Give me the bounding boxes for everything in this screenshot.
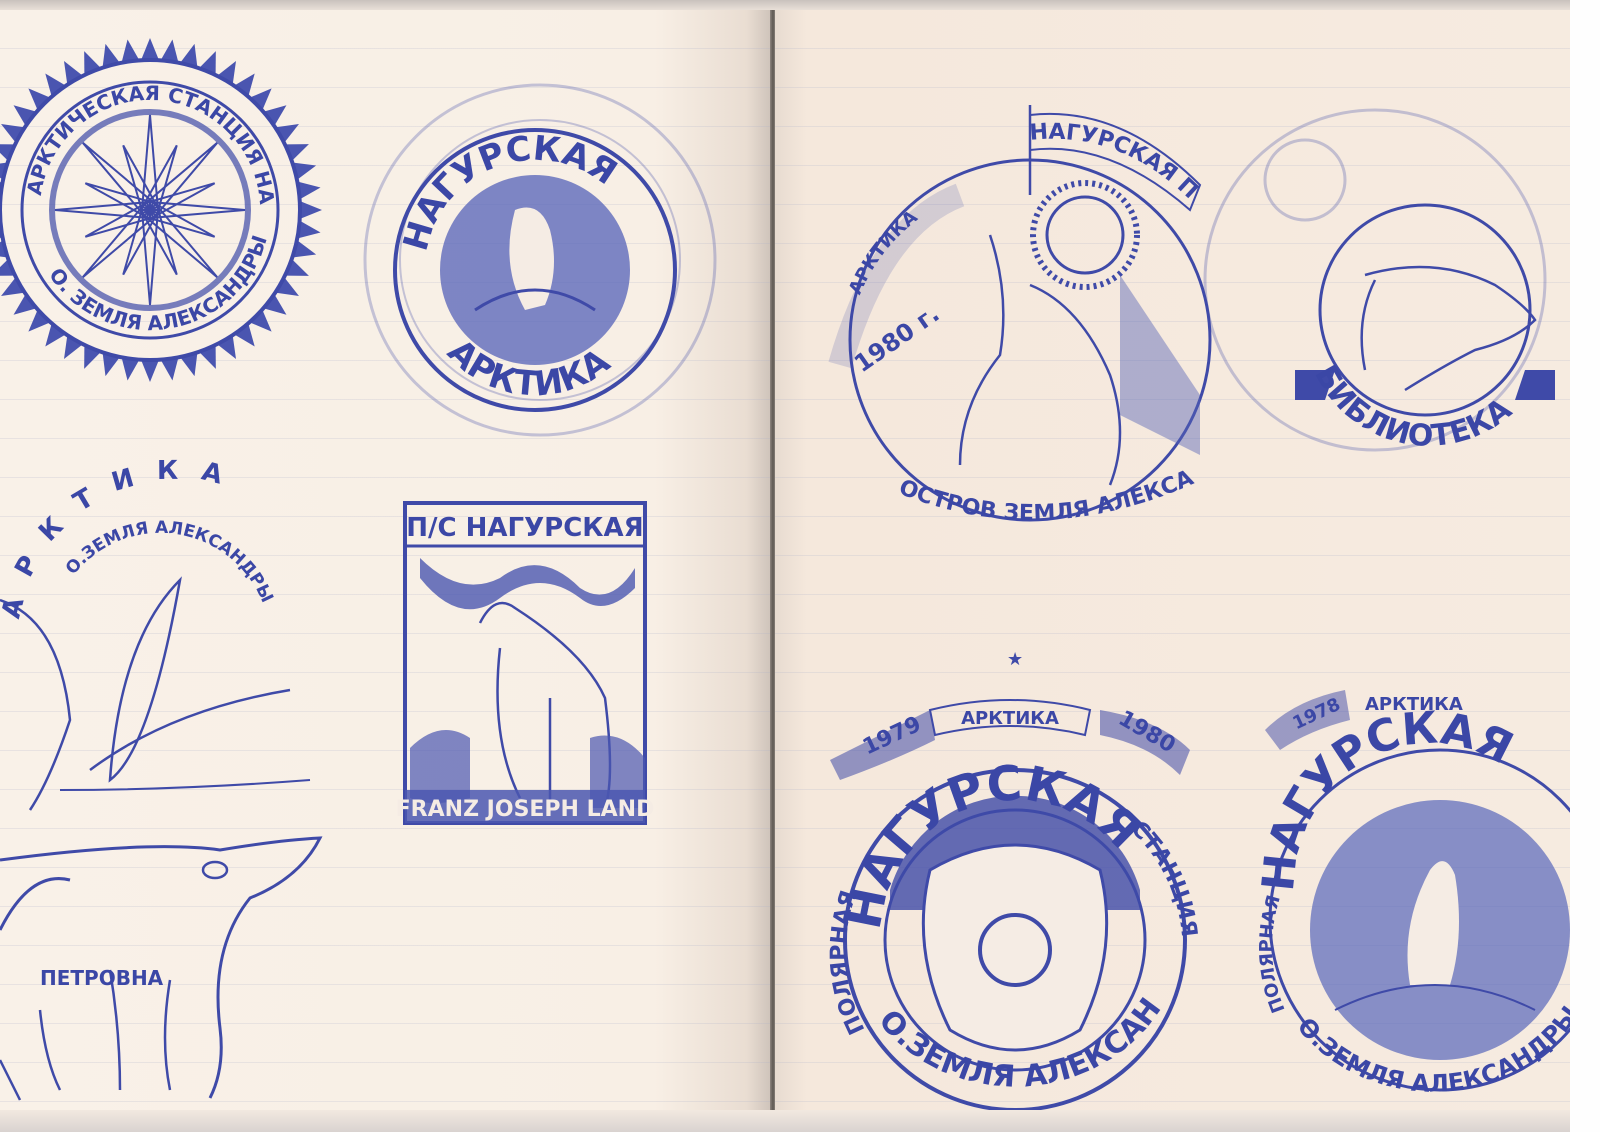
- petrovna-text: ПЕТРОВНА: [40, 966, 164, 990]
- petrovna-bear-stamp: ПЕТРОВНА: [0, 810, 340, 1110]
- polar-seal-right-text: СТАНЦИЯ: [1126, 816, 1201, 938]
- franz-joseph-bottom-text: FRANZ JOSEPH LAND: [396, 797, 655, 822]
- nagurskaya-arktika-seal: НАГУРСКАЯ АРКТИКА: [385, 120, 685, 420]
- compass-rose-seal: АРКТИЧЕСКАЯ СТАНЦИЯ НАГУРСКАЯ · 1979 · Д…: [0, 40, 320, 380]
- svg-text:НАГУРСКАЯ П/С: НАГУРСКАЯ П/С: [822, 76, 1203, 204]
- polar-station-bear-seal: 1979 АРКТИКА 1980 НАГУРСКАЯ ПОЛЯРНАЯ СТА…: [810, 690, 1210, 1112]
- arctic-goddess-seal: НАГУРСКАЯ П/С АРКТИКА 1980 г. ОСТРОВ ЗЕМ…: [830, 95, 1230, 555]
- svg-text:ПОЛЯРНАЯ: ПОЛЯРНАЯ: [1256, 893, 1289, 1016]
- left-page: АРКТИЧЕСКАЯ СТАНЦИЯ НАГУРСКАЯ · 1979 · Д…: [0, 10, 770, 1112]
- howling-seal-left-text: ПОЛЯРНАЯ: [1256, 893, 1289, 1016]
- goddess-banner-top: НАГУРСКАЯ П/С: [822, 76, 1203, 204]
- svg-text:БИБЛИОТЕКА: БИБЛИОТЕКА: [1307, 360, 1518, 455]
- polar-seal-ribbon-center: АРКТИКА: [961, 708, 1059, 729]
- biblioteka-stamp: БИБЛИОТЕКА: [1295, 190, 1555, 450]
- franz-joseph-top-text: П/С НАГУРСКАЯ: [406, 513, 643, 543]
- nagurskaya-franz-joseph-stamp: П/С НАГУРСКАЯ FRANZ JOSEPH LAND: [400, 498, 650, 828]
- svg-text:СТАНЦИЯ: СТАНЦИЯ: [1126, 816, 1201, 938]
- photo-bottom-edge: [0, 1110, 1570, 1132]
- arktika-leaf-stamp: АРКТИКА О.ЗЕМЛЯ АЛЕКСАНДРЫ: [0, 470, 340, 810]
- biblioteka-text: БИБЛИОТЕКА: [1307, 360, 1518, 455]
- star-icon: ★: [1007, 650, 1027, 670]
- right-page: НАГУРСКАЯ П/С АРКТИКА 1980 г. ОСТРОВ ЗЕМ…: [775, 10, 1570, 1112]
- polar-station-howling-bear-seal: 1978 АРКТИКА НАГУРСКАЯ ПОЛЯРНАЯ О.ЗЕМЛЯ …: [1245, 680, 1570, 1100]
